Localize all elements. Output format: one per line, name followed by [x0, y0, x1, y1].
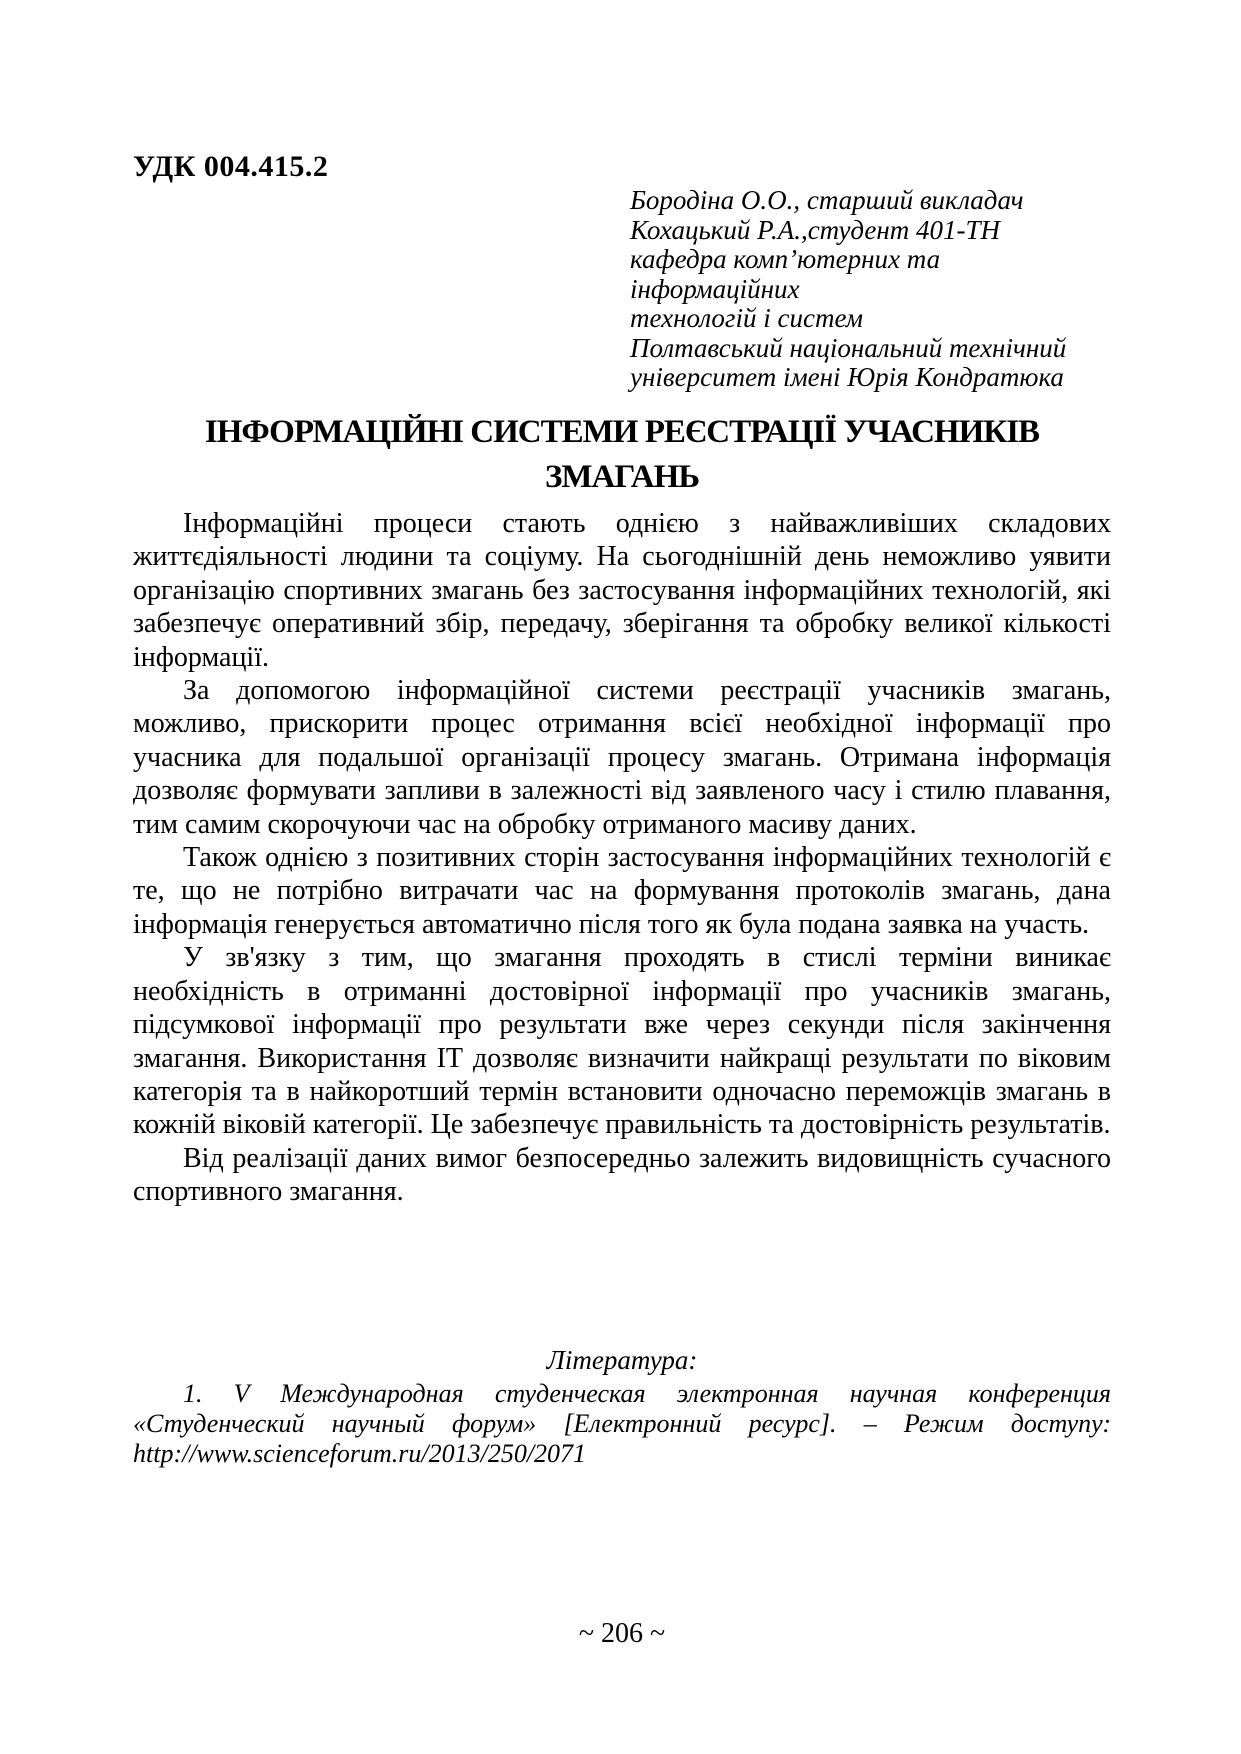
body-paragraph: У зв'язку з тим, що змагання проходять в…: [133, 941, 1111, 1141]
body-paragraph: За допомогою інформаційної системи реєст…: [133, 674, 1111, 841]
document-page: УДК 004.415.2 Бородіна О.О., старший вик…: [0, 0, 1241, 1754]
paper-title: ІНФОРМАЦІЙНІ СИСТЕМИ РЕЄСТРАЦІЇ УЧАСНИКІ…: [133, 410, 1111, 500]
author-block: Бородіна О.О., старший викладач Кохацьки…: [630, 186, 1111, 393]
author-line: Бородіна О.О., старший викладач: [630, 186, 1111, 216]
author-affiliation-line: Полтавський національний технічний: [630, 334, 1111, 364]
author-line: Кохацький Р.А.,студент 401-ТН: [630, 216, 1111, 246]
author-affiliation-line: технологій і систем: [630, 304, 1111, 334]
body-paragraph: Інформаційні процеси стають однією з най…: [133, 507, 1111, 674]
page-header: УДК 004.415.2 Бородіна О.О., старший вик…: [133, 150, 1111, 393]
literature-section: Література: 1. V Международная студенчес…: [133, 1345, 1111, 1469]
article-body: Інформаційні процеси стають однією з най…: [133, 507, 1111, 1209]
reference-item: 1. V Международная студенческая электрон…: [133, 1379, 1111, 1469]
udc-label: УДК 004.415.2: [133, 150, 1111, 184]
author-affiliation-line: університет імені Юрія Кондратюка: [630, 363, 1111, 393]
author-affiliation-line: кафедра комп’ютерних та інформаційних: [630, 245, 1111, 304]
page-number: ~ 206 ~: [133, 1618, 1111, 1650]
body-paragraph: Від реалізації даних вимог безпосередньо…: [133, 1142, 1111, 1209]
literature-heading: Література:: [133, 1345, 1111, 1375]
body-paragraph: Також однією з позитивних сторін застосу…: [133, 841, 1111, 941]
